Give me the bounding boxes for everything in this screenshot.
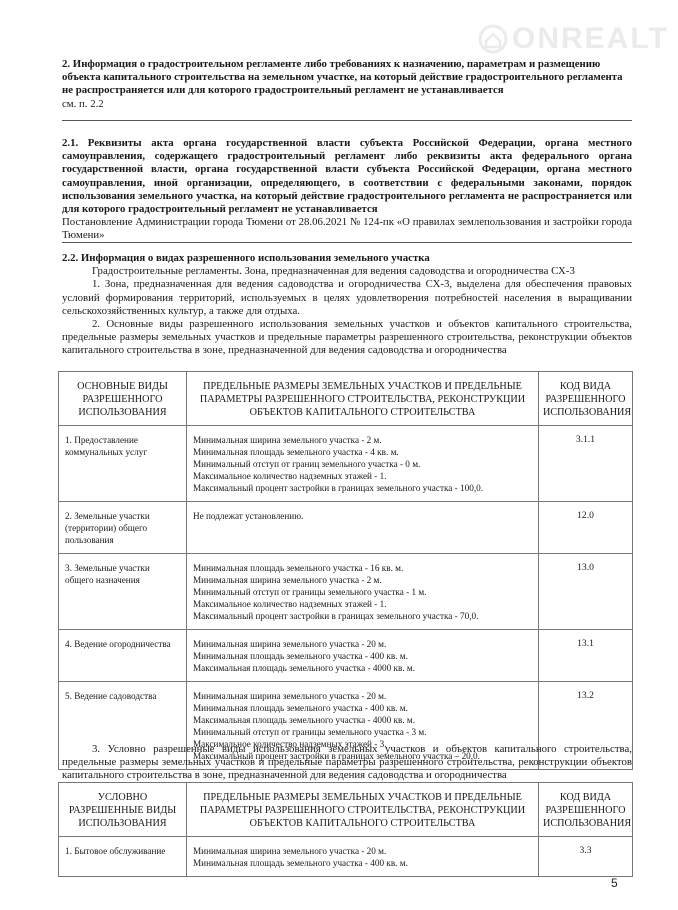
paragraph-1: 1. Зона, предназначенная для ведения сад… <box>62 278 632 318</box>
header-code: КОД ВИДА РАЗРЕШЕННОГО ИСПОЛЬЗОВАНИЯ <box>539 372 633 426</box>
param-line: Максимальный процент застройки в граница… <box>193 610 532 622</box>
section-2-1: 2.1. Реквизиты акта органа государственн… <box>62 137 632 243</box>
header-code: КОД ВИДА РАЗРЕШЕННОГО ИСПОЛЬЗОВАНИЯ <box>539 783 633 837</box>
zone-line: Градостроительные регламенты. Зона, пред… <box>62 265 632 278</box>
section-2-heading-bold: 2. Информация <box>62 58 137 70</box>
param-line: Минимальная площадь земельного участка -… <box>193 650 532 662</box>
header-params: ПРЕДЕЛЬНЫЕ РАЗМЕРЫ ЗЕМЕЛЬНЫХ УЧАСТКОВ И … <box>187 372 539 426</box>
param-line: Минимальная площадь земельного участка -… <box>193 562 532 574</box>
param-line: Минимальная площадь земельного участка -… <box>193 857 532 869</box>
section-2: 2. Информация о градостроительном реглам… <box>62 58 632 111</box>
section-2-divider <box>62 120 632 121</box>
param-line: Минимальная площадь земельного участка -… <box>193 446 532 458</box>
watermark-logo: ONREALT <box>478 22 669 56</box>
use-cell: 3. Земельные участки общего назначения <box>59 554 187 630</box>
table-row: 3. Земельные участки общего назначенияМи… <box>59 554 633 630</box>
use-cell: 1. Бытовое обслуживание <box>59 837 187 877</box>
table-row: 1. Предоставление коммунальных услугМини… <box>59 426 633 502</box>
param-line: Минимальная ширина земельного участка - … <box>193 690 532 702</box>
param-line: Не подлежат установлению. <box>193 510 532 522</box>
code-cell: 3.1.1 <box>539 426 633 502</box>
param-line: Минимальная ширина земельного участка - … <box>193 638 532 650</box>
page-number: 5 <box>611 876 618 890</box>
table-header-row: УСЛОВНО РАЗРЕШЕННЫЕ ВИДЫ ИСПОЛЬЗОВАНИЯ П… <box>59 783 633 837</box>
section-2-heading: 2. Информация о градостроительном реглам… <box>62 58 632 98</box>
param-line: Максимальное количество надземных этажей… <box>193 598 532 610</box>
code-cell: 13.0 <box>539 554 633 630</box>
section-2-2-heading: 2.2. Информация о видах разрешенного исп… <box>62 252 632 265</box>
header-use: ОСНОВНЫЕ ВИДЫ РАЗРЕШЕННОГО ИСПОЛЬЗОВАНИЯ <box>59 372 187 426</box>
param-line: Максимальный процент застройки в граница… <box>193 482 532 494</box>
conditional-uses-table: УСЛОВНО РАЗРЕШЕННЫЕ ВИДЫ ИСПОЛЬЗОВАНИЯ П… <box>58 782 633 877</box>
params-cell: Минимальная ширина земельного участка - … <box>187 837 539 877</box>
param-line: Максимальное количество надземных этажей… <box>193 470 532 482</box>
section-2-heading-rest: о градостроительном регламенте либо треб… <box>62 58 623 96</box>
header-use: УСЛОВНО РАЗРЕШЕННЫЕ ВИДЫ ИСПОЛЬЗОВАНИЯ <box>59 783 187 837</box>
param-line: Минимальная ширина земельного участка - … <box>193 574 532 586</box>
section-2-value: см. п. 2.2 <box>62 98 632 111</box>
main-uses-table: ОСНОВНЫЕ ВИДЫ РАЗРЕШЕННОГО ИСПОЛЬЗОВАНИЯ… <box>58 371 633 770</box>
use-cell: 2. Земельные участки (территории) общего… <box>59 502 187 554</box>
param-line: Минимальный отступ от границы земельного… <box>193 726 532 738</box>
param-line: Максимальная площадь земельного участка … <box>193 714 532 726</box>
code-cell: 13.1 <box>539 630 633 682</box>
section-2-2: 2.2. Информация о видах разрешенного исп… <box>62 252 632 358</box>
params-cell: Минимальная ширина земельного участка - … <box>187 426 539 502</box>
section-2-1-value: Постановление Администрации города Тюмен… <box>62 216 632 242</box>
paragraph-3: 3. Условно разрешенные виды использовани… <box>62 743 632 783</box>
section-2-1-divider <box>62 242 632 243</box>
watermark-brand: ONREALT <box>512 22 669 56</box>
params-cell: Минимальная ширина земельного участка - … <box>187 630 539 682</box>
param-line: Максимальная площадь земельного участка … <box>193 662 532 674</box>
table-row: 1. Бытовое обслуживаниеМинимальная ширин… <box>59 837 633 877</box>
code-cell: 12.0 <box>539 502 633 554</box>
param-line: Минимальная площадь земельного участка -… <box>193 702 532 714</box>
table-row: 2. Земельные участки (территории) общего… <box>59 502 633 554</box>
code-cell: 3.3 <box>539 837 633 877</box>
param-line: Минимальный отступ от границ земельного … <box>193 458 532 470</box>
params-cell: Не подлежат установлению. <box>187 502 539 554</box>
param-line: Минимальная ширина земельного участка - … <box>193 845 532 857</box>
params-cell: Минимальная площадь земельного участка -… <box>187 554 539 630</box>
use-cell: 1. Предоставление коммунальных услуг <box>59 426 187 502</box>
param-line: Минимальный отступ от границы земельного… <box>193 586 532 598</box>
header-params: ПРЕДЕЛЬНЫЕ РАЗМЕРЫ ЗЕМЕЛЬНЫХ УЧАСТКОВ И … <box>187 783 539 837</box>
param-line: Минимальная ширина земельного участка - … <box>193 434 532 446</box>
paragraph-2: 2. Основные виды разрешенного использова… <box>62 318 632 358</box>
section-2-2-para3: 3. Условно разрешенные виды использовани… <box>62 743 632 783</box>
table-header-row: ОСНОВНЫЕ ВИДЫ РАЗРЕШЕННОГО ИСПОЛЬЗОВАНИЯ… <box>59 372 633 426</box>
table-row: 4. Ведение огородничестваМинимальная шир… <box>59 630 633 682</box>
house-icon <box>478 24 508 54</box>
section-2-1-heading: 2.1. Реквизиты акта органа государственн… <box>62 137 632 216</box>
use-cell: 4. Ведение огородничества <box>59 630 187 682</box>
